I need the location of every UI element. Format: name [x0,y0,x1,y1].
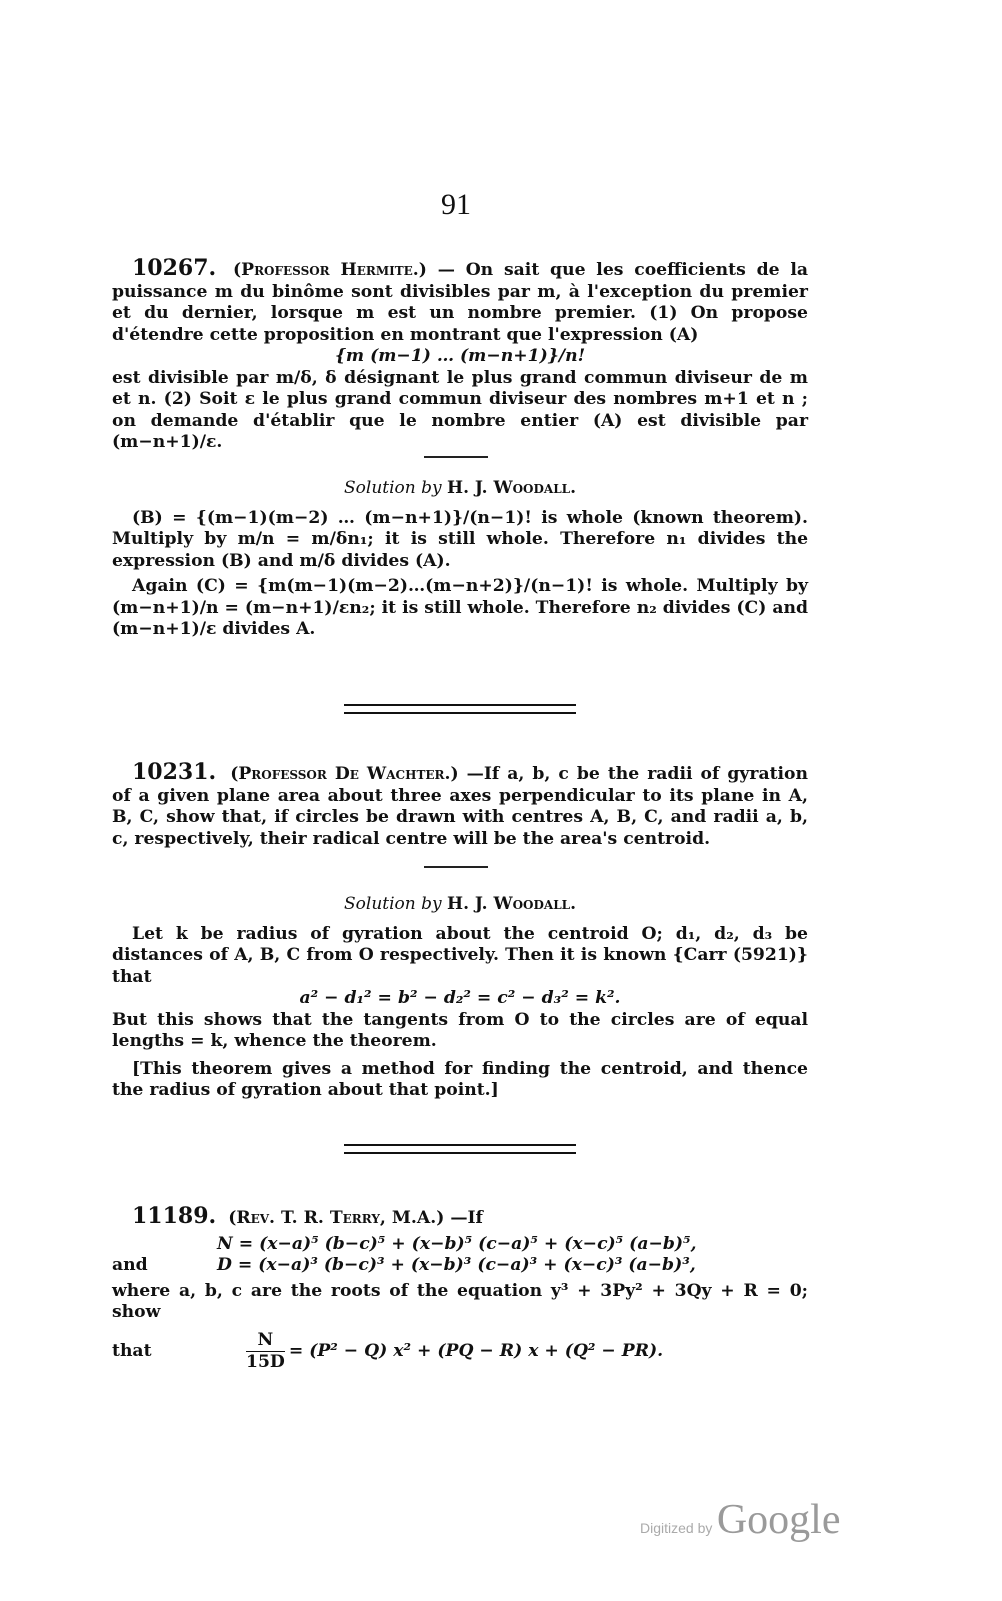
short-divider [424,866,488,868]
problem-proposer: (Rev. T. R. Terry, M.A.) [228,1208,444,1228]
solution-paragraph: Again (C) = {m(m−1)(m−2)…(m−n+2)}/(n−1)!… [112,576,808,641]
problem-statement: —If a, b, c be the radii of gyration of … [112,764,808,849]
solution-paragraph: Let k be radius of gyration about the ce… [112,924,808,989]
solution-heading: Solution by H. J. Woodall. [112,894,808,916]
denominator: 15D [246,1352,285,1374]
problem-number: 10231. [132,759,216,785]
problem-statement: — On sait que les coefficients de la pui… [112,260,808,345]
solution-paragraph: (B) = {(m−1)(m−2) … (m−n+1)}/(n−1)! is w… [112,508,808,573]
fraction: N 15D [246,1330,285,1374]
problem-proposer: (Professor Hermite.) [233,260,427,280]
equation-d-text: D = (x−a)³ (b−c)³ + (x−b)³ (c−a)³ + (x−c… [217,1255,696,1277]
problem-statement: —If [450,1208,483,1228]
and-label: and [112,1255,217,1277]
page-number: 91 [0,188,912,222]
problem-10267: 10267. (Professor Hermite.) — On sait qu… [112,258,808,454]
equation-n-text: N = (x−a)⁵ (b−c)⁵ + (x−b)⁵ (c−a)⁵ + (x−c… [217,1234,697,1256]
expression-a: {m (m−1) … (m−n+1)}/n! [112,346,808,368]
solution-label: Solution by [344,894,442,914]
equation-n: N = (x−a)⁵ (b−c)⁵ + (x−b)⁵ (c−a)⁵ + (x−c… [112,1234,808,1256]
section-divider [344,704,576,714]
solution-author: H. J. Woodall. [447,478,576,498]
editor-note: [This theorem gives a method for finding… [112,1059,808,1102]
solution-label: Solution by [344,478,442,498]
equation-result: that N 15D = (P² − Q) x² + (PQ − R) x + … [112,1330,808,1374]
solution-10267: Solution by H. J. Woodall. (B) = {(m−1)(… [112,478,808,641]
google-logo: Google [717,1497,841,1543]
numerator: N [246,1330,285,1353]
section-divider [344,1144,576,1154]
solution-heading: Solution by H. J. Woodall. [112,478,808,500]
equation: a² − d₁² = b² − d₂² = c² − d₃² = k². [112,988,808,1010]
problem-11189: 11189. (Rev. T. R. Terry, M.A.) —If N = … [112,1206,808,1374]
equation-result-text: = (P² − Q) x² + (PQ − R) x + (Q² − PR). [289,1341,663,1363]
problem-proposer: (Professor De Wachter.) [230,764,458,784]
digitized-watermark: Digitized by Google [640,1496,840,1544]
problem-10231: 10231. (Professor De Wachter.) —If a, b,… [112,762,808,850]
solution-10231: Solution by H. J. Woodall. Let k be radi… [112,894,808,1102]
problem-statement-cont: est divisible par m/δ, δ désignant le pl… [112,368,808,454]
solution-paragraph: But this shows that the tangents from O … [112,1010,808,1053]
solution-author: H. J. Woodall. [447,894,576,914]
equation-d: and D = (x−a)³ (b−c)³ + (x−b)³ (c−a)³ + … [112,1255,808,1277]
watermark-prefix: Digitized by [640,1520,712,1536]
problem-number: 11189. [132,1203,216,1229]
problem-number: 10267. [132,255,216,281]
short-divider [424,456,488,458]
problem-statement-cont: where a, b, c are the roots of the equat… [112,1281,808,1324]
that-label: that [112,1341,242,1363]
